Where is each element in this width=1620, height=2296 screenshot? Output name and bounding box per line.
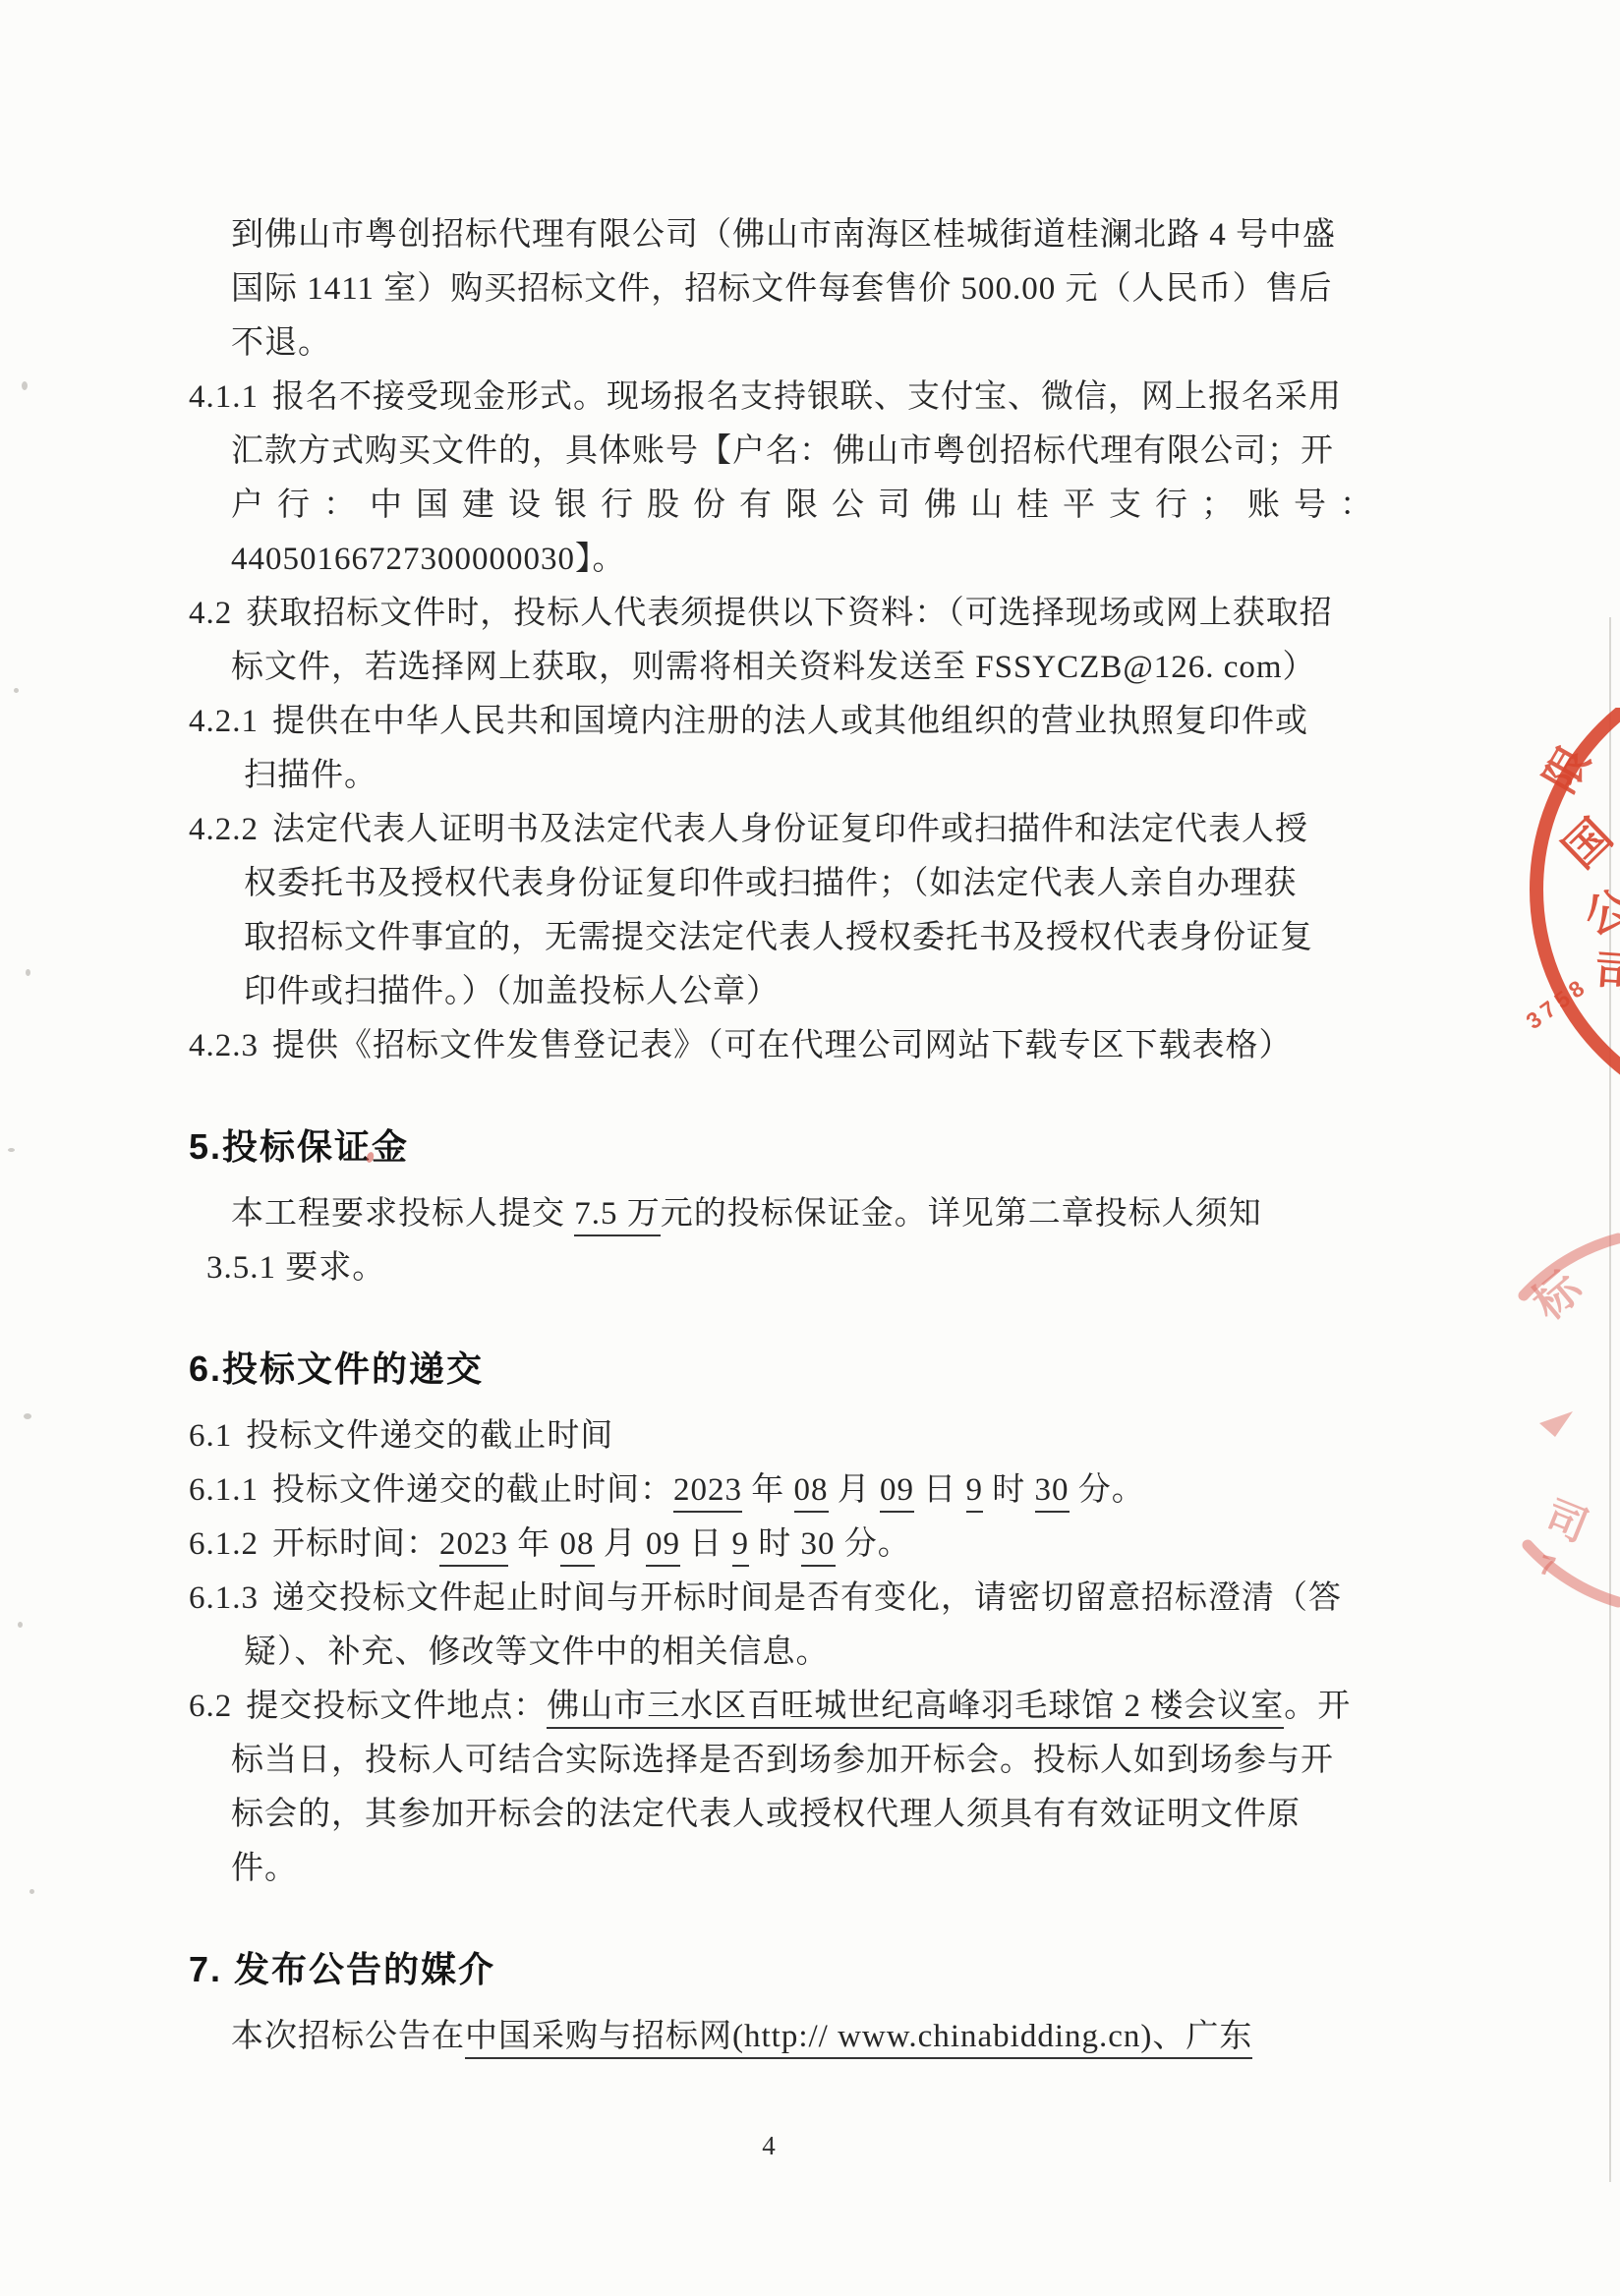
scan-artifact (29, 1889, 34, 1894)
section-heading: 7. 发布公告的媒介 (0, 1941, 1620, 1998)
text-line: 6.1.1投标文件递交的截止时间：2023 年 08 月 09 日 9 时 30… (0, 1464, 1620, 1518)
text-line: 本次招标公告在中国采购与招标网(http:// www.chinabidding… (0, 2010, 1620, 2064)
text-segment: 投标文件递交的截止时间 (246, 1418, 613, 1454)
text-line: 疑）、补充、修改等文件中的相关信息。 (0, 1626, 1620, 1680)
text-segment: 日 (914, 1472, 966, 1508)
text-segment: 提交投标文件地点： (246, 1689, 547, 1724)
underlined-text: 08 (794, 1472, 829, 1513)
text-line: 印件或扫描件。）（加盖投标人公章） (0, 965, 1620, 1019)
text-line: 标文件，若选择网上获取，则需将相关资料发送至 FSSYCZB@126. com） (0, 641, 1620, 695)
text-segment: 获取招标文件时，投标人代表须提供以下资料：（可选择现场或网上获取招 (246, 596, 1333, 631)
underlined-text: 佛山市三水区百旺城世纪高峰羽毛球馆 2 楼会议室 (547, 1689, 1284, 1729)
item-number: 4.2.2 (189, 812, 259, 847)
red-seal-stamp-2: 标 司 7 (1502, 1229, 1620, 1622)
text-segment: 44050166727300000030】。 (231, 542, 626, 577)
text-segment: 提供《招标文件发售登记表》（可在代理公司网站下载专区下载表格） (272, 1028, 1293, 1063)
seal-char: 司 (1538, 1492, 1594, 1550)
text-segment: 权委托书及授权代表身份证复印件或扫描件；（如法定代表人亲自办理获 (244, 866, 1298, 901)
text-line: 6.2提交投标文件地点：佛山市三水区百旺城世纪高峰羽毛球馆 2 楼会议室。开 (0, 1680, 1620, 1734)
text-segment: 。开 (1284, 1689, 1351, 1724)
text-segment: 日 (680, 1526, 732, 1562)
seal-char: 司 (1592, 947, 1620, 1001)
text-segment: 标会的，其参加开标会的法定代表人或授权代理人须具有有效证明文件原 (231, 1797, 1301, 1832)
text-line: 扫描件。 (0, 749, 1620, 803)
text-segment: 标当日，投标人可结合实际选择是否到场参加开标会。投标人如到场参与开 (231, 1743, 1334, 1778)
text-segment: 疑）、补充、修改等文件中的相关信息。 (244, 1635, 830, 1670)
section-heading: 5.投标保证金 (0, 1119, 1620, 1176)
text-segment: 5.投标保证金 (189, 1126, 409, 1167)
scan-artifact (14, 688, 19, 693)
text-line: 本工程要求投标人提交 7.5 万元的投标保证金。详见第二章投标人须知 (0, 1187, 1620, 1241)
text-line: 6.1.3递交投标文件起止时间与开标时间是否有变化，请密切留意招标澄清（答 (0, 1572, 1620, 1626)
scan-artifact (18, 1622, 23, 1628)
text-segment: 7. 发布公告的媒介 (189, 1949, 495, 1989)
text-segment: 本次招标公告在 (231, 2019, 465, 2054)
underlined-text: 2023 (673, 1472, 742, 1513)
text-segment: 取招标文件事宜的，无需提交法定代表人授权委托书及授权代表身份证复 (244, 920, 1313, 955)
text-segment: 开标时间： (272, 1526, 439, 1562)
item-number: 4.2.3 (189, 1028, 259, 1063)
text-line: 44050166727300000030】。 (0, 533, 1620, 587)
text-segment: 本工程要求投标人提交 (231, 1196, 574, 1232)
underlined-text: 08 (560, 1526, 595, 1567)
scan-artifact (22, 381, 28, 390)
text-line: 4.2.2法定代表人证明书及法定代表人身份证复印件或扫描件和法定代表人授 (0, 803, 1620, 857)
scan-artifact (8, 1148, 15, 1152)
underlined-text: 09 (880, 1472, 914, 1513)
scan-artifact (26, 969, 30, 976)
section-heading: 6.投标文件的递交 (0, 1341, 1620, 1398)
seal-star-mark (1539, 1411, 1573, 1437)
text-segment: 分。 (1070, 1472, 1145, 1508)
text-segment: 扫描件。 (244, 758, 377, 793)
underlined-text: 30 (1035, 1472, 1070, 1513)
text-line: 件。 (0, 1842, 1620, 1896)
text-segment: 月 (829, 1472, 881, 1508)
item-number: 4.2 (189, 596, 232, 631)
seal-char: 国 (1553, 809, 1620, 877)
underlined-text: 30 (801, 1526, 836, 1567)
text-line: 4.1.1报名不接受现金形式。现场报名支持银联、支付宝、微信，网上报名采用 (0, 371, 1620, 425)
item-number: 6.1 (189, 1418, 232, 1454)
underlined-text: 中国采购与招标网(http:// www.chinabidding.cn)、广东 (465, 2019, 1252, 2059)
text-segment: 件。 (231, 1851, 298, 1886)
text-segment: 户行：中国建设银行股份有限公司佛山桂平支行；账号： (231, 488, 1386, 523)
text-line: 国际 1411 室）购买招标文件，招标文件每套售价 500.00 元（人民币）售… (0, 262, 1620, 316)
scan-artifact (24, 1413, 31, 1419)
seal-char: 公 (1578, 881, 1620, 945)
text-line: 权委托书及授权代表身份证复印件或扫描件；（如法定代表人亲自办理获 (0, 857, 1620, 911)
text-line: 6.1.2开标时间：2023 年 08 月 09 日 9 时 30 分。 (0, 1518, 1620, 1572)
text-segment: 投标文件递交的截止时间： (272, 1472, 673, 1508)
text-line: 到佛山市粤创招标代理有限公司（佛山市南海区桂城街道桂澜北路 4 号中盛 (0, 208, 1620, 262)
text-segment: 国际 1411 室）购买招标文件，招标文件每套售价 500.00 元（人民币）售… (231, 271, 1333, 307)
text-segment: 法定代表人证明书及法定代表人身份证复印件或扫描件和法定代表人授 (272, 812, 1308, 847)
text-segment: 年 (508, 1526, 560, 1562)
text-segment: 印件或扫描件。）（加盖投标人公章） (244, 974, 780, 1009)
text-line: 标会的，其参加开标会的法定代表人或授权代理人须具有有效证明文件原 (0, 1788, 1620, 1842)
text-segment: 年 (742, 1472, 794, 1508)
text-line: 标当日，投标人可结合实际选择是否到场参加开标会。投标人如到场参与开 (0, 1734, 1620, 1788)
text-line: 户行：中国建设银行股份有限公司佛山桂平支行；账号： (0, 479, 1620, 533)
underlined-text: 2023 (439, 1526, 508, 1567)
text-segment: 元的投标保证金。详见第二章投标人须知 (661, 1196, 1262, 1232)
underlined-text: 9 (732, 1526, 750, 1567)
text-line: 4.2.3提供《招标文件发售登记表》（可在代理公司网站下载专区下载表格） (0, 1019, 1620, 1073)
text-segment: 报名不接受现金形式。现场报名支持银联、支付宝、微信，网上报名采用 (272, 379, 1342, 415)
text-segment: 提供在中华人民共和国境内注册的法人或其他组织的营业执照复印件或 (272, 704, 1308, 739)
text-segment: 6.投标文件的递交 (189, 1349, 484, 1389)
scanned-tender-document-page: { "page": { "background": "#fcfcfa", "fo… (0, 0, 1620, 2296)
text-line: 取招标文件事宜的，无需提交法定代表人授权委托书及授权代表身份证复 (0, 911, 1620, 965)
text-line: 3.5.1 要求。 (0, 1241, 1620, 1295)
text-line: 4.2.1提供在中华人民共和国境内注册的法人或其他组织的营业执照复印件或 (0, 695, 1620, 749)
page-number: 4 (690, 2131, 847, 2161)
document-body: 到佛山市粤创招标代理有限公司（佛山市南海区桂城街道桂澜北路 4 号中盛国际 14… (0, 0, 1620, 2064)
item-number: 6.1.3 (189, 1580, 259, 1616)
text-line: 汇款方式购买文件的，具体账号【户名：佛山市粤创招标代理有限公司；开 (0, 425, 1620, 479)
text-segment: 递交投标文件起止时间与开标时间是否有变化，请密切留意招标澄清（答 (272, 1580, 1342, 1616)
text-segment: 不退。 (231, 325, 331, 361)
item-number: 6.2 (189, 1689, 232, 1724)
item-number: 6.1.1 (189, 1472, 259, 1508)
text-segment: 月 (595, 1526, 647, 1562)
text-line: 6.1投标文件递交的截止时间 (0, 1409, 1620, 1464)
seal-char: 标 (1523, 1260, 1591, 1330)
text-segment: 汇款方式购买文件的，具体账号【户名：佛山市粤创招标代理有限公司；开 (231, 433, 1334, 469)
text-segment: 时 (749, 1526, 801, 1562)
underlined-text: 09 (646, 1526, 680, 1567)
underlined-text: 7.5 万 (574, 1196, 661, 1236)
text-segment: 标文件，若选择网上获取，则需将相关资料发送至 FSSYCZB@126. com） (231, 650, 1316, 685)
text-segment: 到佛山市粤创招标代理有限公司（佛山市南海区桂城街道桂澜北路 4 号中盛 (231, 217, 1336, 253)
item-number: 6.1.2 (189, 1526, 259, 1562)
text-line: 4.2获取招标文件时，投标人代表须提供以下资料：（可选择现场或网上获取招 (0, 587, 1620, 641)
red-seal-stamp-1: 限 国 公 司 3758 (1502, 708, 1620, 1081)
underlined-text: 9 (966, 1472, 984, 1513)
text-segment: 3.5.1 要求。 (206, 1250, 385, 1286)
text-segment: 分。 (836, 1526, 911, 1562)
item-number: 4.1.1 (189, 379, 259, 415)
text-line: 不退。 (0, 316, 1620, 371)
item-number: 4.2.1 (189, 704, 259, 739)
text-segment: 时 (983, 1472, 1035, 1508)
